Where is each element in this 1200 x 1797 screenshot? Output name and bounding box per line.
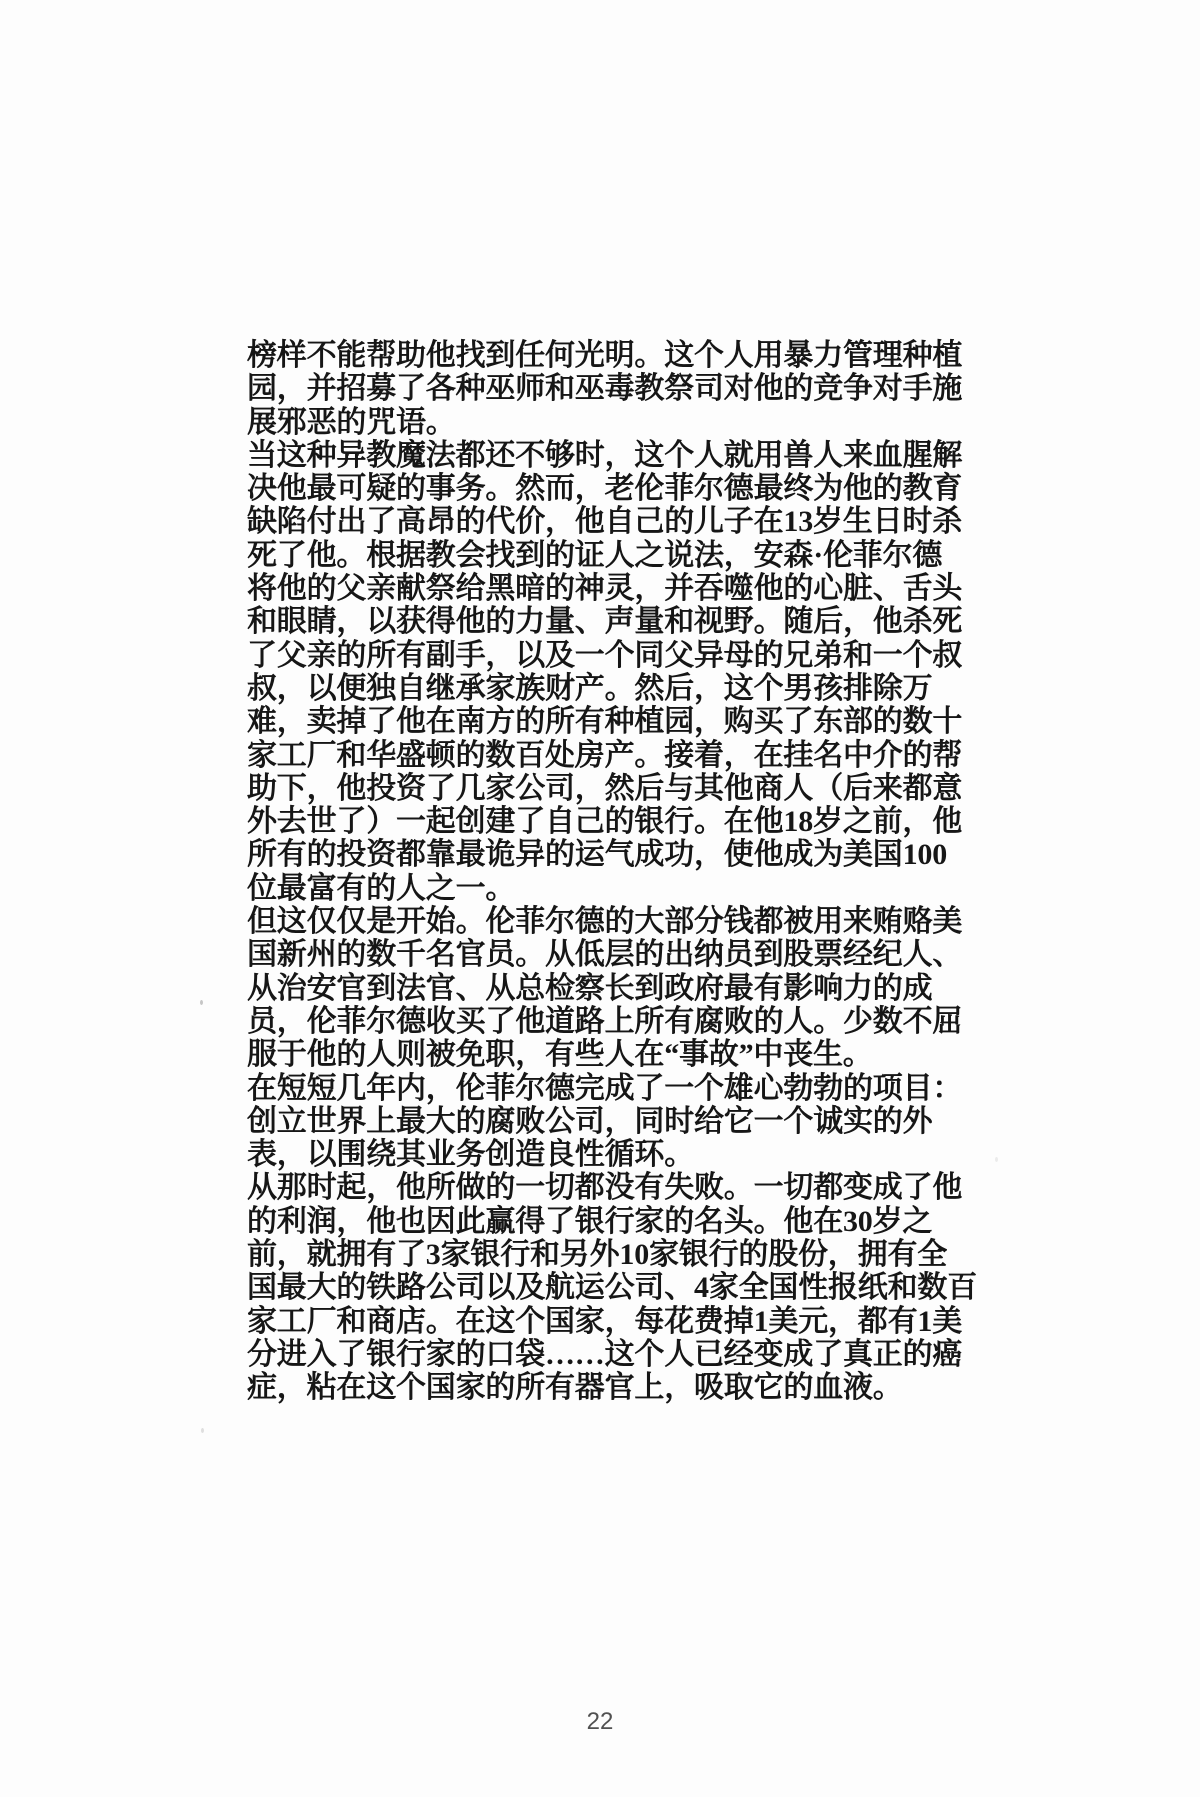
text-line: 难，卖掉了他在南方的所有种植园，购买了东部的数十: [247, 705, 969, 738]
text-line: 服于他的人则被免职，有些人在“事故”中丧生。: [247, 1038, 969, 1071]
text-line: 国最大的铁路公司以及航运公司、4家全国性报纸和数百: [247, 1271, 969, 1304]
text-line: 国新州的数千名官员。从低层的出纳员到股票经纪人、: [247, 938, 969, 971]
text-line: 从治安官到法官、从总检察长到政府最有影响力的成: [247, 972, 969, 1005]
text-line: 家工厂和华盛顿的数百处房产。接着，在挂名中介的帮: [247, 739, 969, 772]
text-line: 员，伦菲尔德收买了他道路上所有腐败的人。少数不屈: [247, 1005, 969, 1038]
text-line: 缺陷付出了高昂的代价，他自己的儿子在13岁生日时杀: [247, 505, 969, 538]
scan-noise-speck: [200, 1000, 203, 1005]
text-line: 展邪恶的咒语。: [247, 406, 969, 439]
text-line: 创立世界上最大的腐败公司，同时给它一个诚实的外: [247, 1105, 969, 1138]
text-line: 症，粘在这个国家的所有器官上，吸取它的血液。: [247, 1371, 969, 1404]
text-line: 分进入了银行家的口袋……这个人已经变成了真正的癌: [247, 1338, 969, 1371]
text-line: 当这种异教魔法都还不够时，这个人就用兽人来血腥解: [247, 439, 969, 472]
text-line: 将他的父亲献祭给黑暗的神灵，并吞噬他的心脏、舌头: [247, 572, 969, 605]
text-line: 家工厂和商店。在这个国家，每花费掉1美元，都有1美: [247, 1305, 969, 1338]
text-line: 所有的投资都靠最诡异的运气成功，使他成为美国100: [247, 838, 969, 871]
text-line: 助下，他投资了几家公司，然后与其他商人（后来都意: [247, 772, 969, 805]
page-number: 22: [0, 1708, 1200, 1736]
text-line: 和眼睛，以获得他的力量、声量和视野。随后，他杀死: [247, 605, 969, 638]
text-line: 的利润，他也因此赢得了银行家的名头。他在30岁之: [247, 1205, 969, 1238]
text-line: 外去世了）一起创建了自己的银行。在他18岁之前，他: [247, 805, 969, 838]
text-line: 在短短几年内，伦菲尔德完成了一个雄心勃勃的项目：: [247, 1072, 969, 1105]
text-line: 前，就拥有了3家银行和另外10家银行的股份，拥有全: [247, 1238, 969, 1271]
text-line: 位最富有的人之一。: [247, 872, 969, 905]
text-line: 死了他。根据教会找到的证人之说法，安森·伦菲尔德: [247, 539, 969, 572]
text-line: 从那时起，他所做的一切都没有失败。一切都变成了他: [247, 1171, 969, 1204]
text-line: 但这仅仅是开始。伦菲尔德的大部分钱都被用来贿赂美: [247, 905, 969, 938]
scanned-book-page: 榜样不能帮助他找到任何光明。这个人用暴力管理种植 园，并招募了各种巫师和巫毒教祭…: [0, 0, 1200, 1797]
text-line: 决他最可疑的事务。然而，老伦菲尔德最终为他的教育: [247, 472, 969, 505]
text-line: 园，并招募了各种巫师和巫毒教祭司对他的竞争对手施: [247, 372, 969, 405]
text-line: 表，以围绕其业务创造良性循环。: [247, 1138, 969, 1171]
body-text: 榜样不能帮助他找到任何光明。这个人用暴力管理种植 园，并招募了各种巫师和巫毒教祭…: [247, 339, 969, 1405]
text-line: 榜样不能帮助他找到任何光明。这个人用暴力管理种植: [247, 339, 969, 372]
text-line: 了父亲的所有副手，以及一个同父异母的兄弟和一个叔: [247, 639, 969, 672]
text-line: 叔，以便独自继承家族财产。然后，这个男孩排除万: [247, 672, 969, 705]
